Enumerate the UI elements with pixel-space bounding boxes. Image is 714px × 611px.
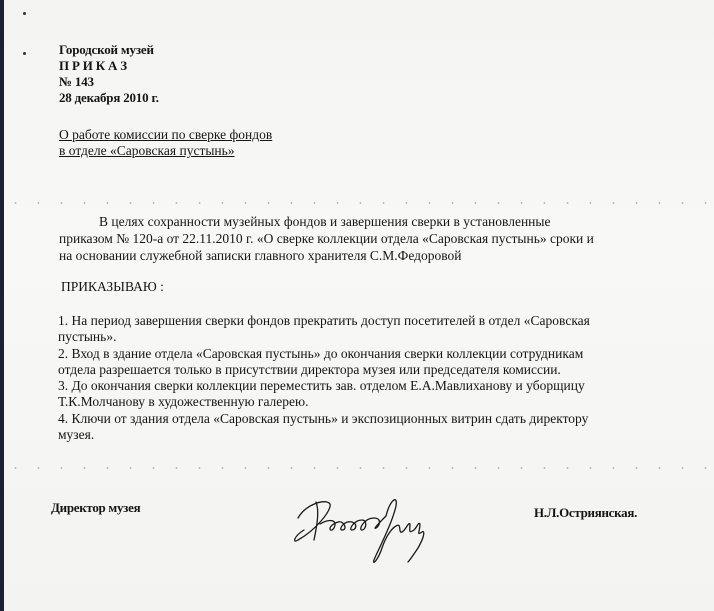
scan-speck: [23, 52, 26, 55]
item-line: 1. На период завершения сверки фондов пр…: [58, 313, 590, 329]
item-line: отдела разрешается только в присутствии …: [58, 362, 590, 378]
scan-speck: [23, 12, 26, 15]
signatory-name: Н.Л.Остриянская.: [534, 505, 637, 521]
order-directive: ПРИКАЗЫВАЮ :: [61, 279, 164, 295]
order-item-1: 1. На период завершения сверки фондов пр…: [58, 313, 590, 346]
preamble-line-1: В целях сохранности музейных фондов и за…: [59, 213, 594, 230]
item-line: 2. Вход в здание отдела «Саровская пусты…: [58, 346, 590, 362]
item-line: пустынь».: [58, 329, 590, 345]
order-item-3: 3. До окончания сверки коллекции перемес…: [58, 378, 590, 411]
item-line: Т.К.Молчанову в художественную галерею.: [58, 394, 590, 410]
order-items: 1. На период завершения сверки фондов пр…: [58, 313, 590, 443]
scan-noise: [4, 200, 714, 206]
subject-line-1: О работе комиссии по сверке фондов: [59, 127, 272, 143]
scan-noise: [4, 465, 714, 471]
item-line: 3. До окончания сверки коллекции перемес…: [58, 378, 590, 394]
order-item-2: 2. Вход в здание отдела «Саровская пусты…: [58, 346, 590, 379]
item-line: 4. Ключи от здания отдела «Саровская пус…: [58, 411, 590, 427]
document-type: П Р И К А З: [59, 58, 159, 74]
order-subject: О работе комиссии по сверке фондов в отд…: [59, 127, 272, 159]
preamble: В целях сохранности музейных фондов и за…: [59, 213, 594, 264]
subject-line-2: в отделе «Саровская пустынь»: [59, 143, 272, 159]
signatory-title: Директор музея: [51, 500, 140, 516]
order-item-4: 4. Ключи от здания отдела «Саровская пус…: [58, 411, 590, 444]
document-page: Городской музей П Р И К А З № 143 28 дек…: [4, 0, 714, 611]
order-number: № 143: [59, 74, 159, 90]
document-header: Городской музей П Р И К А З № 143 28 дек…: [59, 42, 159, 106]
order-date: 28 декабря 2010 г.: [59, 90, 159, 106]
handwritten-signature-icon: [286, 490, 466, 570]
preamble-line-3: на основании служебной записки главного …: [59, 247, 594, 264]
item-line: музея.: [58, 427, 590, 443]
organization-name: Городской музей: [59, 42, 159, 58]
preamble-line-2: приказом № 120-а от 22.11.2010 г. «О све…: [59, 230, 594, 247]
